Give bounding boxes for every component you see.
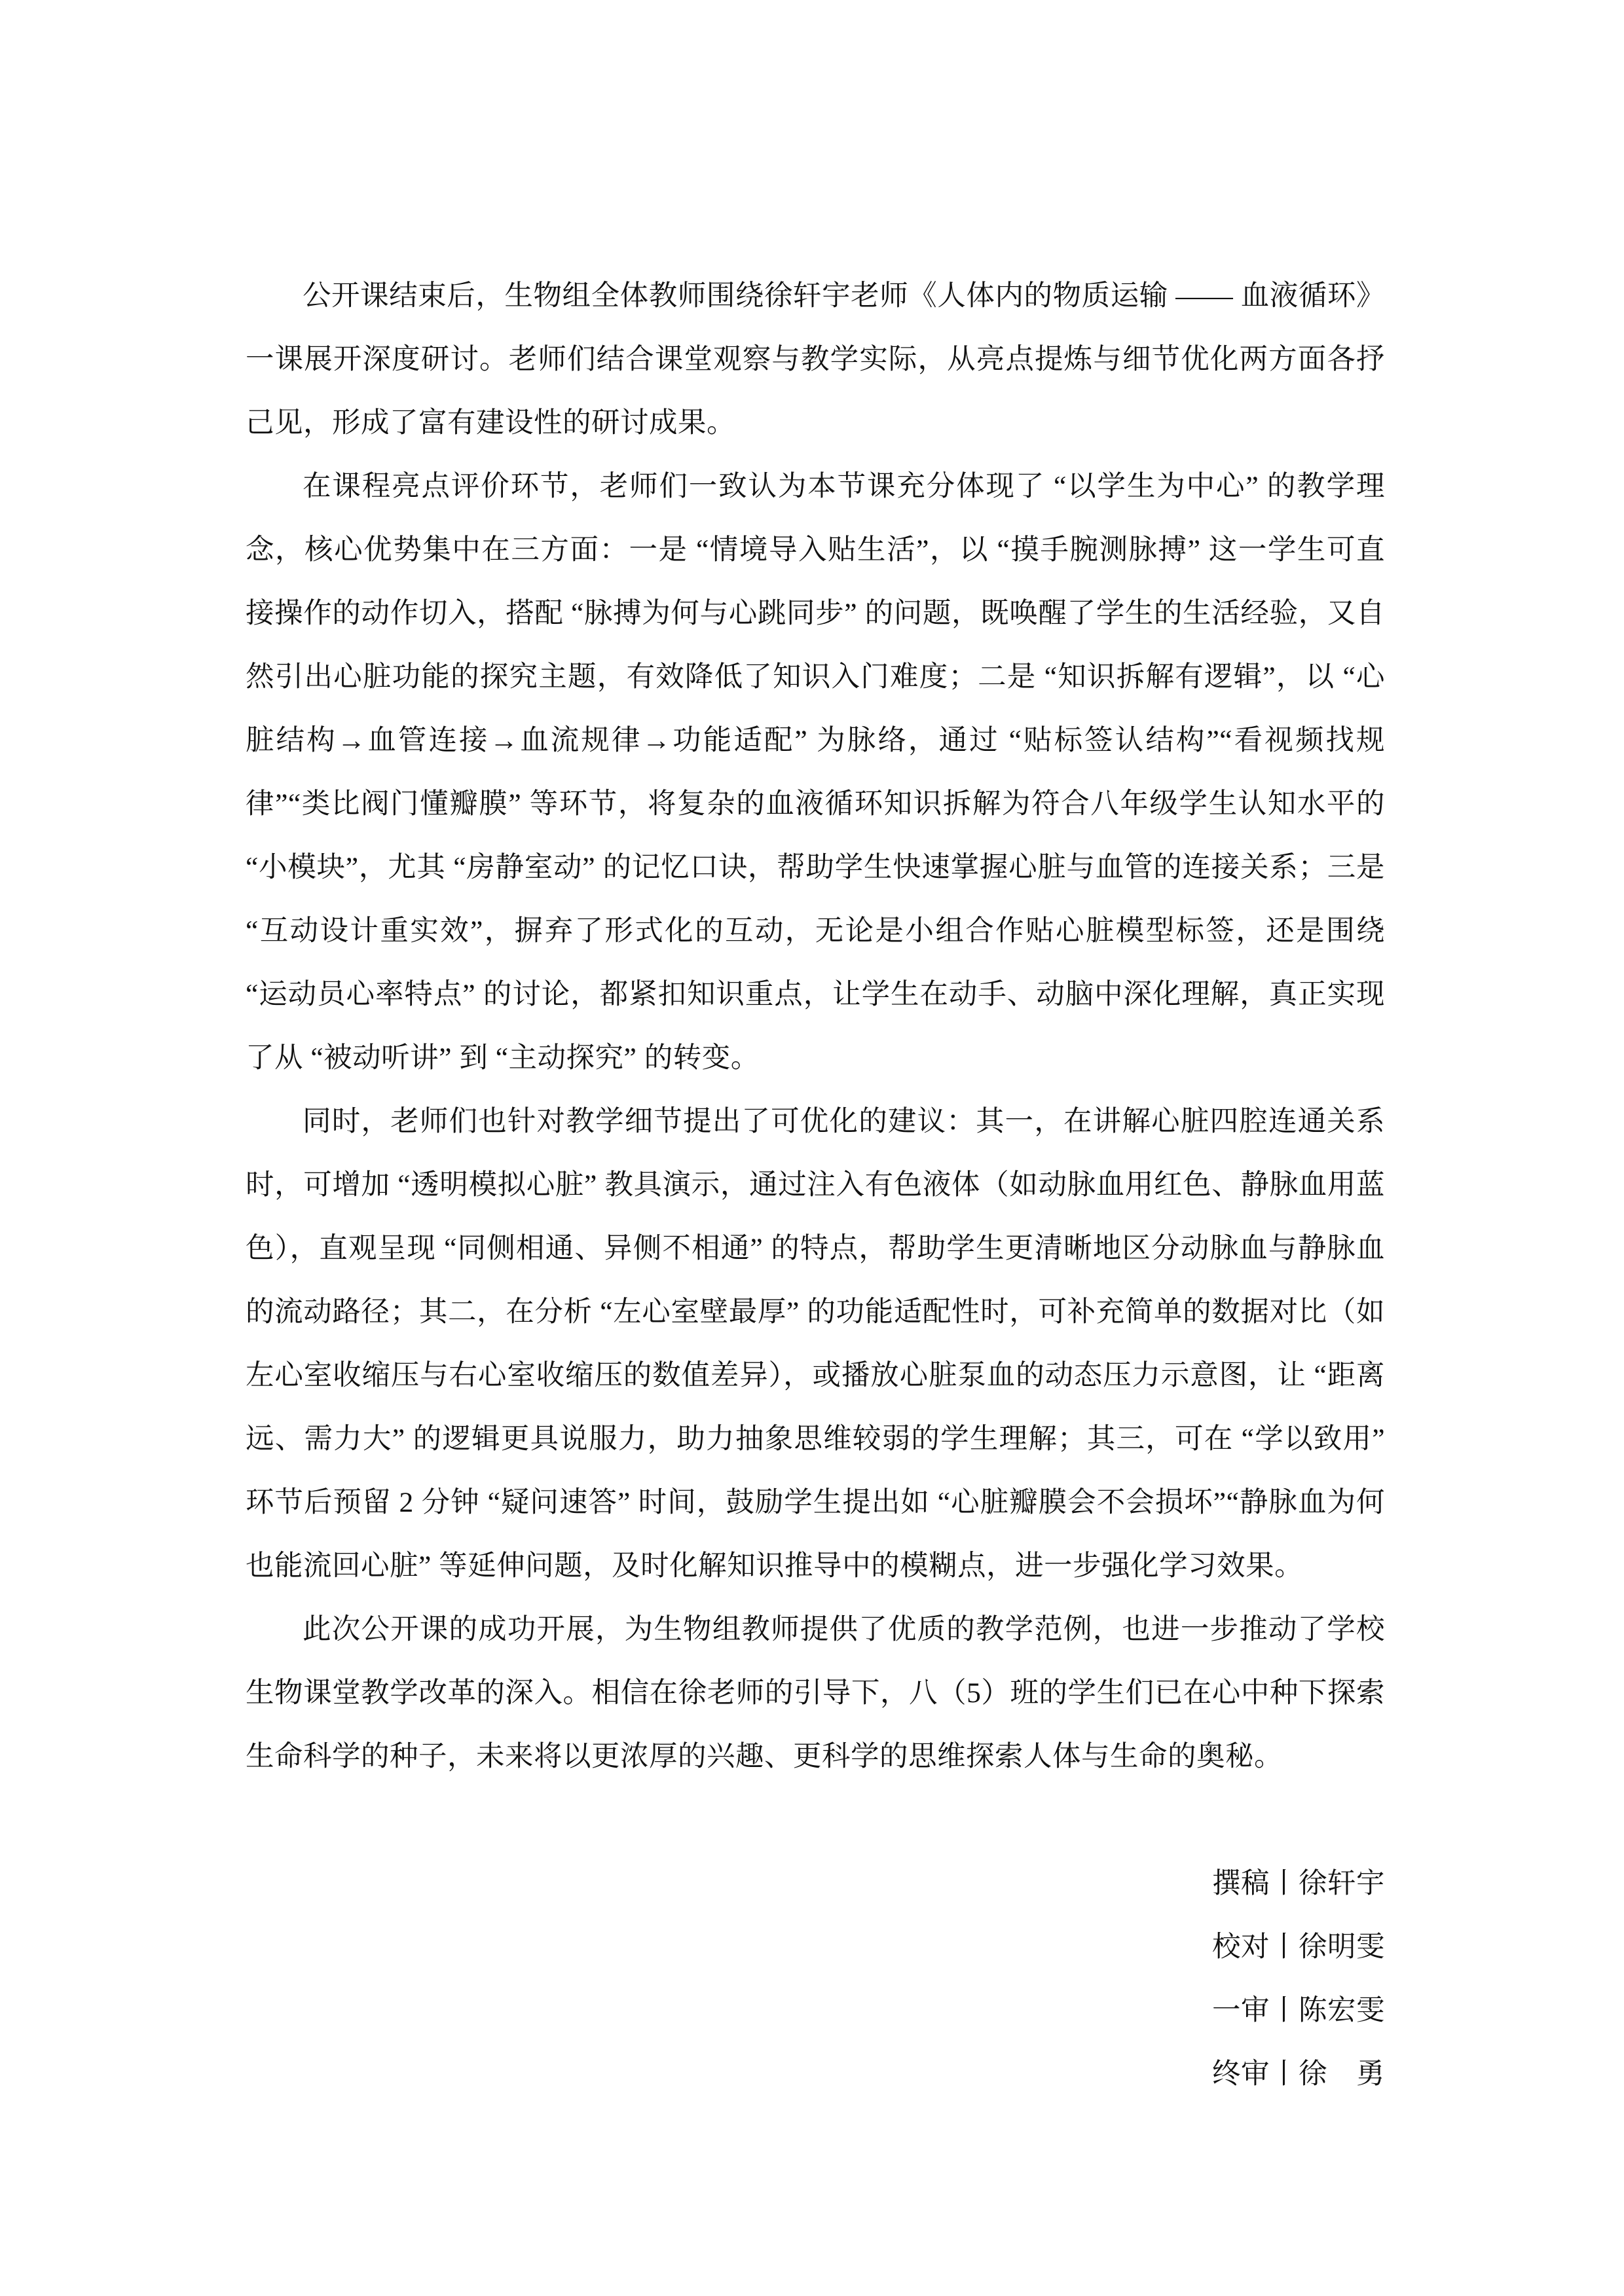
credit-line-proofreader: 校对丨徐明雯 [246,1916,1385,1979]
paragraph-conclusion: 此次公开课的成功开展，为生物组教师提供了优质的教学范例，也进一步推动了学校生物课… [246,1598,1385,1789]
credit-line-final-review: 终审丨徐 勇 [246,2043,1385,2106]
credit-line-writer: 撰稿丨徐轩宇 [246,1852,1385,1916]
document-body: 公开课结束后，生物组全体教师围绕徐轩宇老师《人体内的物质运输 —— 血液循环》一… [246,264,1385,2106]
credit-line-first-review: 一审丨陈宏雯 [246,1979,1385,2043]
paragraph-intro: 公开课结束后，生物组全体教师围绕徐轩宇老师《人体内的物质运输 —— 血液循环》一… [246,264,1385,455]
credits-block: 撰稿丨徐轩宇 校对丨徐明雯 一审丨陈宏雯 终审丨徐 勇 [246,1852,1385,2106]
paragraph-suggestions: 同时，老师们也针对教学细节提出了可优化的建议：其一，在讲解心脏四腔连通关系时，可… [246,1090,1385,1598]
paragraph-highlights: 在课程亮点评价环节，老师们一致认为本节课充分体现了 “以学生为中心” 的教学理念… [246,455,1385,1090]
document-page: 公开课结束后，生物组全体教师围绕徐轩宇老师《人体内的物质运输 —— 血液循环》一… [0,0,1624,2296]
